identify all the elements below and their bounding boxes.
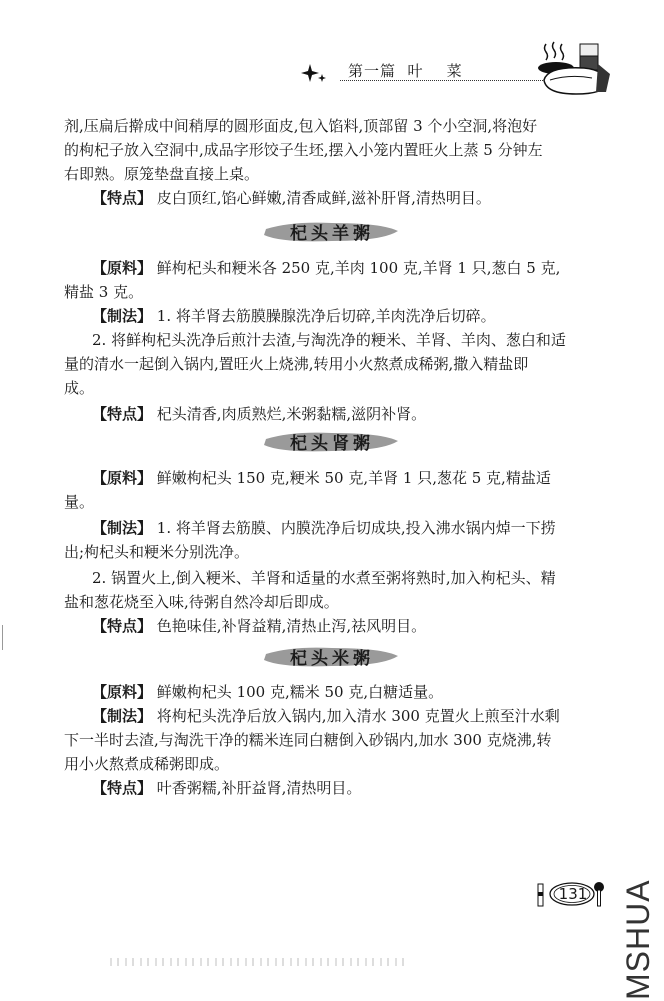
method-step-cont: 用小火熬煮成稀粥即成。 <box>64 752 584 776</box>
running-header: 第一篇 叶 菜 <box>300 52 540 82</box>
features-label: 【特点】 <box>92 405 152 423</box>
features-text: 杞头清香,肉质熟烂,米粥黏糯,滋阴补肾。 <box>157 405 426 423</box>
prev-recipe-line: 的枸杞子放入空洞中,成品字形饺子生坯,摆入小笼内置旺火上蒸 5 分钟左 <box>64 138 584 162</box>
method-text: 1. 将羊肾去筋膜、内膜洗净后切成块,投入沸水锅内焯一下捞 <box>157 519 556 537</box>
scan-artifact <box>110 958 410 966</box>
ingredients-text: 鲜枸杞头和粳米各 250 克,羊肉 100 克,羊肾 1 只,葱白 5 克, <box>157 259 561 277</box>
ingredients-label: 【原料】 <box>92 259 152 277</box>
method-text: 1. 将羊肾去筋膜臊腺洗净后切碎,羊肉洗净后切碎。 <box>157 307 496 325</box>
prev-recipe-line: 剂,压扁后擀成中间稍厚的圆形面皮,包入馅料,顶部留 3 个小空洞,将泡好 <box>64 114 584 138</box>
method-step: 2. 将鲜枸杞头洗净后煎汁去渣,与淘洗净的粳米、羊肾、羊肉、葱白和适 <box>92 328 612 352</box>
prev-recipe-line: 右即熟。原笼垫盘直接上桌。 <box>64 162 584 186</box>
features-label: 【特点】 <box>92 779 152 797</box>
ingredients-text: 鲜嫩枸杞头 150 克,粳米 50 克,羊肾 1 只,葱花 5 克,精盐适 <box>157 469 551 487</box>
ingredients-label: 【原料】 <box>92 469 152 487</box>
method: 【制法】 1. 将羊肾去筋膜、内膜洗净后切成块,投入沸水锅内焯一下捞 <box>92 516 612 540</box>
scan-margin-mark <box>2 625 3 650</box>
chef-illustration-icon <box>532 38 652 98</box>
sparkle-icon <box>300 62 340 84</box>
recipe-title: 杞头羊粥 <box>262 219 402 244</box>
features-text: 皮白顶红,馅心鲜嫩,清香咸鲜,滋补肝肾,清热明目。 <box>157 189 491 207</box>
recipe-title-banner: 杞头肾粥 <box>262 428 402 456</box>
recipe-title-banner: 杞头米粥 <box>262 643 402 671</box>
method: 【制法】 1. 将羊肾去筋膜臊腺洗净后切碎,羊肉洗净后切碎。 <box>92 304 612 328</box>
features: 【特点】 杞头清香,肉质熟烂,米粥黏糯,滋阴补肾。 <box>92 402 612 426</box>
method-text: 将枸杞头洗净后放入锅内,加入清水 300 克置火上煎至汁水剩 <box>157 707 560 725</box>
method-step-cont: 成。 <box>64 376 584 400</box>
recipe-title: 杞头肾粥 <box>262 429 402 454</box>
features: 【特点】 色艳味佳,补肾益精,清热止泻,祛风明目。 <box>92 614 612 638</box>
ingredients-cont: 精盐 3 克。 <box>64 280 584 304</box>
ingredients: 【原料】 鲜嫩枸杞头 100 克,糯米 50 克,白糖适量。 <box>92 680 612 704</box>
ingredients: 【原料】 鲜嫩枸杞头 150 克,粳米 50 克,羊肾 1 只,葱花 5 克,精… <box>92 466 612 490</box>
method-step-cont: 量的清水一起倒入锅内,置旺火上烧沸,转用小火熬煮成稀粥,撒入精盐即 <box>64 352 584 376</box>
features-label: 【特点】 <box>92 617 152 635</box>
features: 【特点】 叶香粥糯,补肝益肾,清热明目。 <box>92 776 612 800</box>
page-number-badge: 131 <box>536 880 606 908</box>
ingredients: 【原料】 鲜枸杞头和粳米各 250 克,羊肉 100 克,羊肾 1 只,葱白 5… <box>92 256 612 280</box>
method-label: 【制法】 <box>92 707 152 725</box>
method-step: 2. 锅置火上,倒入粳米、羊肾和适量的水煮至粥将熟时,加入枸杞头、精 <box>92 566 612 590</box>
features-text: 叶香粥糯,补肝益肾,清热明目。 <box>157 779 362 797</box>
method: 【制法】 将枸杞头洗净后放入锅内,加入清水 300 克置火上煎至汁水剩 <box>92 704 612 728</box>
ingredients-label: 【原料】 <box>92 683 152 701</box>
method-label: 【制法】 <box>92 307 152 325</box>
method-label: 【制法】 <box>92 519 152 537</box>
recipe-title-banner: 杞头羊粥 <box>262 218 402 246</box>
method-step-cont: 下一半时去渣,与淘洗干净的糯米连同白糖倒入砂锅内,加水 300 克烧沸,转 <box>64 728 584 752</box>
method-step-cont: 盐和葱花烧至入味,待粥自然冷却后即成。 <box>64 590 584 614</box>
prev-recipe-features: 【特点】 皮白顶红,馅心鲜嫩,清香咸鲜,滋补肝肾,清热明目。 <box>92 186 612 210</box>
watermark: MSHUA <box>620 879 657 1000</box>
page-number: 131 <box>553 885 593 903</box>
ingredients-text: 鲜嫩枸杞头 100 克,糯米 50 克,白糖适量。 <box>157 683 443 701</box>
header-dotted-rule <box>340 80 545 81</box>
chapter-title: 第一篇 叶 菜 <box>348 60 463 81</box>
features-text: 色艳味佳,补肾益精,清热止泻,祛风明目。 <box>157 617 426 635</box>
features-label: 【特点】 <box>92 189 152 207</box>
recipe-title: 杞头米粥 <box>262 644 402 669</box>
ingredients-cont: 量。 <box>64 490 584 514</box>
method-step-cont: 出;枸杞头和粳米分别洗净。 <box>64 540 584 564</box>
